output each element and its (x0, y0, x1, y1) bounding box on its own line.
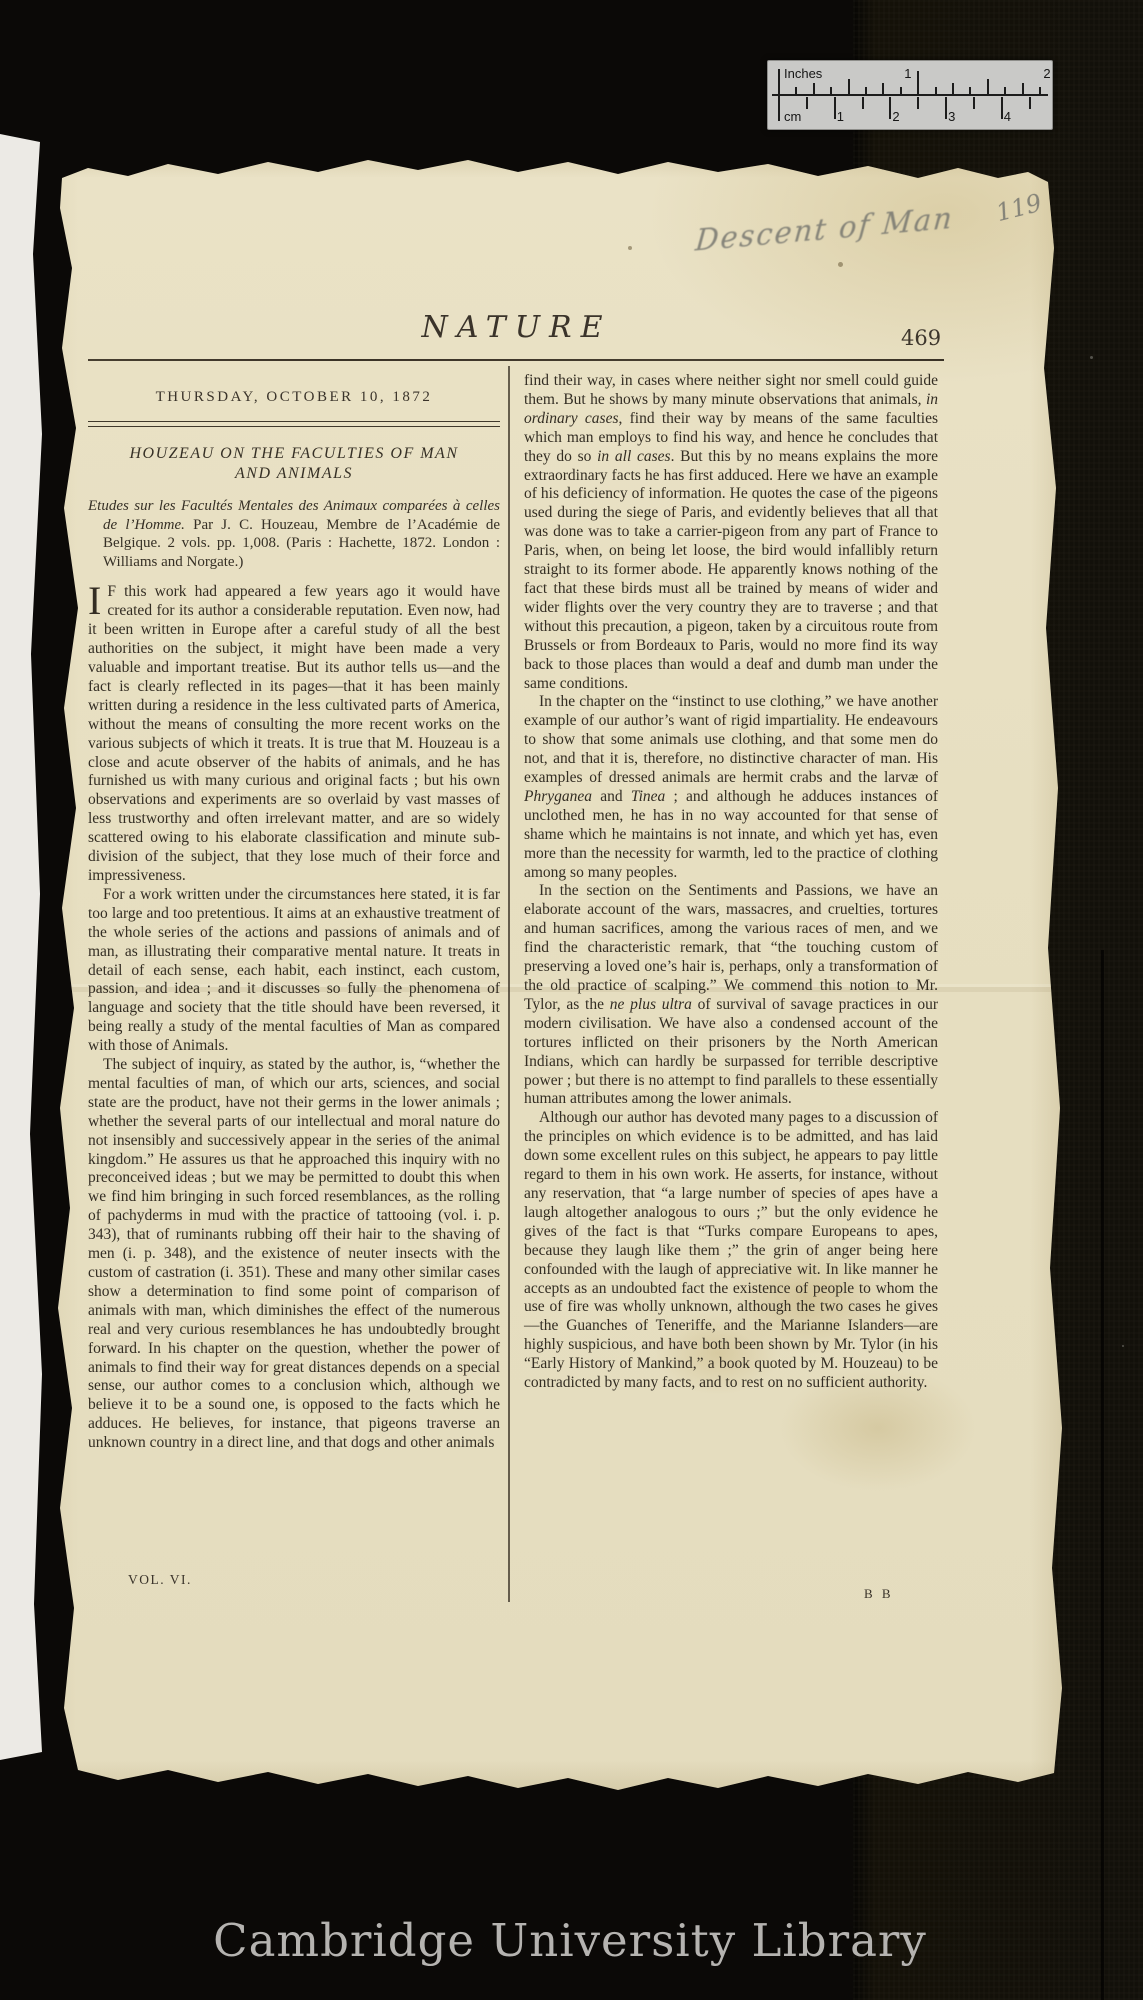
inch-number: 1 (904, 66, 911, 81)
italic-text: ne plus ultra (610, 996, 692, 1013)
masthead-rule (88, 359, 944, 361)
dust-speck (1122, 1345, 1124, 1347)
text-run: In the section on the Sentiments and Pas… (524, 882, 938, 1012)
inch-tick (987, 79, 989, 95)
inch-tick (778, 71, 780, 95)
cm-number: 4 (1004, 109, 1011, 124)
article-title-line2: AND ANIMALS (88, 464, 500, 484)
right-column-body: find their way, in cases where neither s… (524, 372, 938, 1393)
cm-number: 1 (837, 109, 844, 124)
text-run: F this work had appeared a few years ago… (88, 583, 500, 884)
printed-page-number: 469 (901, 326, 941, 350)
paragraph: For a work written under the circumstanc… (88, 886, 500, 1056)
text-run: . But this by no means explains the more… (524, 448, 938, 692)
inch-tick (952, 83, 954, 95)
text-run: For a work written under the circumstanc… (88, 886, 500, 1054)
cm-tick (834, 97, 836, 119)
paragraph: IF this work had appeared a few years ag… (88, 583, 500, 886)
paragraph: In the section on the Sentiments and Pas… (524, 882, 938, 1109)
drop-cap: I (88, 583, 107, 617)
backing-sheet-edge (0, 134, 46, 1764)
journal-masthead: NATURE (88, 310, 945, 345)
italic-text: Phryganea (524, 788, 592, 805)
article-title: HOUZEAU ON THE FACULTIES OF MAN AND ANIM… (88, 444, 500, 484)
volume-footer: VOL. VI. (128, 1572, 192, 1588)
italic-text: Tinea (631, 788, 665, 805)
right-column: find their way, in cases where neither s… (524, 372, 938, 1393)
inch-tick (1004, 87, 1006, 95)
text-run: and (592, 788, 631, 805)
inch-tick (1039, 87, 1041, 95)
cm-number: 3 (948, 109, 955, 124)
paragraph: find their way, in cases where neither s… (524, 372, 938, 693)
cm-tick (889, 97, 891, 119)
double-rule (88, 421, 500, 427)
inch-tick (830, 87, 832, 95)
cm-tick (1001, 97, 1003, 119)
paragraph: The subject of inquiry, as stated by the… (88, 1056, 500, 1453)
cloth-seam (1101, 950, 1104, 2000)
inch-tick (969, 87, 971, 95)
cm-number: 2 (892, 109, 899, 124)
cm-tick (862, 97, 864, 109)
book-citation: Etudes sur les Facultés Mentales des Ani… (88, 497, 500, 571)
article-title-line1: HOUZEAU ON THE FACULTIES OF MAN (88, 444, 500, 464)
paper-speck (628, 246, 632, 250)
italic-text: in all cases (597, 448, 670, 465)
cm-tick (945, 97, 947, 119)
left-column-body: IF this work had appeared a few years ag… (88, 583, 500, 1453)
left-column: THURSDAY, OCTOBER 10, 1872 HOUZEAU ON TH… (88, 372, 500, 1453)
printer-signature: B B (864, 1586, 894, 1602)
text-run: In the chapter on the “instinct to use c… (524, 693, 938, 786)
inch-tick (795, 87, 797, 95)
issue-dateline: THURSDAY, OCTOBER 10, 1872 (88, 389, 500, 406)
library-caption: Cambridge University Library (170, 1914, 970, 1967)
text-run: find their way, in cases where neither s… (524, 372, 938, 408)
cm-tick (1029, 97, 1031, 109)
inch-tick (882, 83, 884, 95)
scan-backdrop: Inches cm 1212345 Descent of Man 119 NAT… (0, 0, 1143, 2000)
paragraph: Although our author has devoted many pag… (524, 1109, 938, 1393)
inch-tick (900, 87, 902, 95)
measurement-ruler: Inches cm 1212345 (767, 60, 1053, 130)
text-run: The subject of inquiry, as stated by the… (88, 1056, 500, 1451)
inch-tick (1022, 83, 1024, 95)
cm-tick (806, 97, 808, 109)
cm-tick (917, 97, 919, 109)
column-divider-rule (508, 366, 510, 1602)
inch-tick (813, 83, 815, 95)
cm-tick (973, 97, 975, 109)
text-run: Although our author has devoted many pag… (524, 1109, 938, 1391)
inch-tick (865, 87, 867, 95)
paragraph: In the chapter on the “instinct to use c… (524, 693, 938, 882)
inch-number: 2 (1043, 66, 1050, 81)
dust-speck (1090, 356, 1093, 359)
cm-tick (778, 97, 780, 119)
paper-speck (838, 262, 843, 267)
inch-tick (848, 79, 850, 95)
inch-tick (935, 87, 937, 95)
ruler-inches-label: Inches (784, 66, 822, 81)
ruler-cm-label: cm (784, 109, 801, 124)
inch-tick (917, 71, 919, 95)
paragraph: Etudes sur les Facultés Mentales des Ani… (88, 497, 500, 571)
